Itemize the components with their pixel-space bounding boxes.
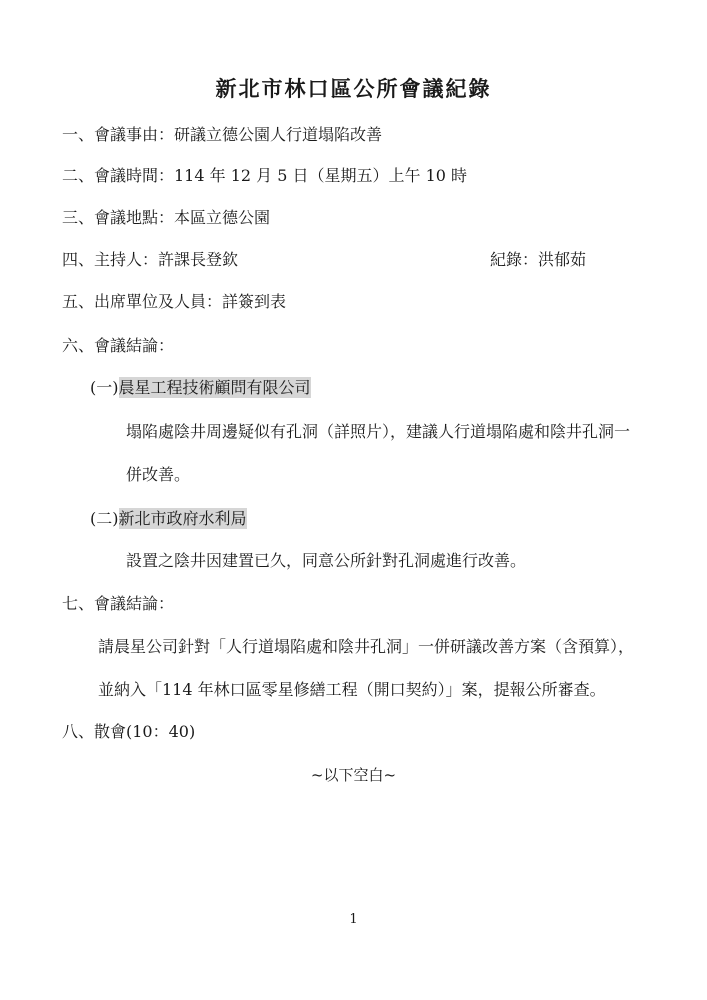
conclusion2-line2: 並納入「114 年林口區零星修繕工程（開口契約）」案，提報公所審查。: [98, 680, 606, 700]
page-number: 1: [0, 912, 707, 927]
sub-item-1-text-line2: 併改善。: [126, 465, 190, 485]
meeting-time: 二、會議時間：114 年 12 月 5 日（星期五）上午 10 時: [62, 166, 467, 186]
document-title: 新北市林口區公所會議紀錄: [0, 76, 707, 102]
conclusion2-heading: 七、會議結論：: [62, 594, 174, 614]
meeting-attendees: 五、出席單位及人員：詳簽到表: [62, 292, 286, 312]
blank-note: ~以下空白~: [0, 765, 707, 785]
meeting-recorder: 紀錄：洪郁茹: [490, 250, 586, 270]
sub-item-1-text-line1: 塌陷處陰井周邊疑似有孔洞（詳照片），建議人行道塌陷處和陰井孔洞一: [126, 422, 630, 442]
sub-item-1-prefix: (一): [90, 378, 119, 397]
sub-item-2: (二)新北市政府水利局: [90, 509, 247, 529]
sub-item-2-prefix: (二): [90, 509, 119, 528]
adjourn-line: 八、散會(10：40): [62, 722, 195, 742]
meeting-subject: 一、會議事由：研議立德公園人行道塌陷改善: [62, 125, 382, 145]
sub-item-1: (一)晨星工程技術顧問有限公司: [90, 378, 311, 398]
sub-item-1-org: 晨星工程技術顧問有限公司: [119, 377, 311, 398]
meeting-chair: 四、主持人：許課長登欽: [62, 250, 238, 270]
meeting-location: 三、會議地點：本區立德公園: [62, 208, 270, 228]
conclusion2-line1: 請晨星公司針對「人行道塌陷處和陰井孔洞」一併研議改善方案（含預算），: [98, 637, 634, 657]
conclusion-heading: 六、會議結論：: [62, 336, 174, 356]
sub-item-2-text-line1: 設置之陰井因建置已久，同意公所針對孔洞處進行改善。: [126, 551, 526, 571]
sub-item-2-org: 新北市政府水利局: [119, 508, 247, 529]
